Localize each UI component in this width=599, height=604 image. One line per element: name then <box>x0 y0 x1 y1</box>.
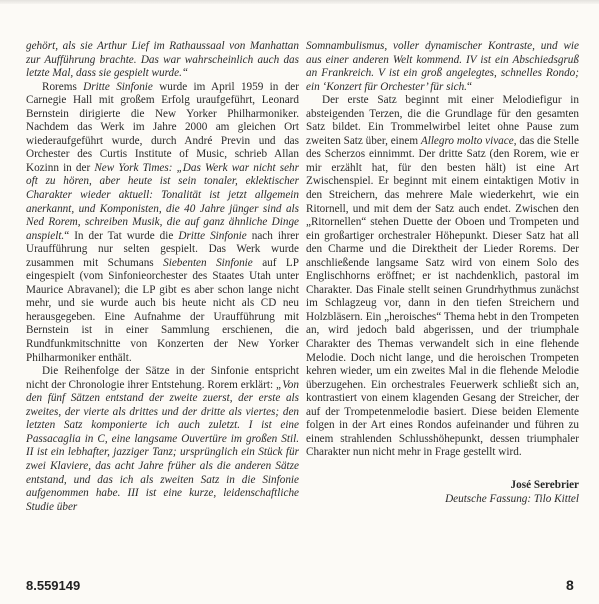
work-title: Dritte Sinfonie <box>83 81 153 93</box>
signature-block: José Serebrier Deutsche Fassung: Tilo Ki… <box>306 478 579 506</box>
body-text: Rorems <box>42 81 83 93</box>
body-text: Die Reihenfolge der Sätze in der Sinfoni… <box>26 365 299 391</box>
body-text: “ In der Tat wurde die <box>64 230 178 242</box>
paragraph-quote-end: Somnambulismus, voller dynamischer Kontr… <box>306 40 579 94</box>
work-title: Siebenten Sinfonie <box>163 257 253 269</box>
work-title: Dritte Sinfonie <box>178 230 246 242</box>
body-text: auf LP eingespielt (vom Sinfonieorcheste… <box>26 257 299 364</box>
paragraph-third-symphony: Rorems Dritte Sinfonie wurde im April 19… <box>26 81 299 365</box>
body-text: “ <box>467 81 472 93</box>
paragraph-movement-order: Die Reihenfolge der Sätze in der Sinfoni… <box>26 365 299 514</box>
page-number: 8 <box>566 577 574 593</box>
right-text-column: Somnambulismus, voller dynamischer Kontr… <box>306 40 579 506</box>
quote-text: Somnambulismus, voller dynamischer Kontr… <box>306 40 579 93</box>
translator-credit: Deutsche Fassung: Tilo Kittel <box>306 492 579 506</box>
page-top-edge <box>0 0 599 4</box>
body-text: , das die Stelle des Scherzos einnimmt. … <box>306 135 579 459</box>
body-text: wurde im April 1959 in der Carnegie Hall… <box>26 81 299 174</box>
left-text-column: gehört, als sie Arthur Lief im Rathaussa… <box>26 40 299 514</box>
tempo-marking: Allegro molto vivace <box>421 135 514 147</box>
catalog-number: 8.559149 <box>26 578 80 593</box>
author-name: José Serebrier <box>306 478 579 492</box>
quote-text: „Von den fünf Sätzen entstand der zweite… <box>26 379 299 513</box>
paragraph-movement-description: Der erste Satz beginnt mit einer Melodie… <box>306 94 579 460</box>
quote-text: gehört, als sie Arthur Lief im Rathaussa… <box>26 40 299 79</box>
paragraph-quote-continuation: gehört, als sie Arthur Lief im Rathaussa… <box>26 40 299 81</box>
